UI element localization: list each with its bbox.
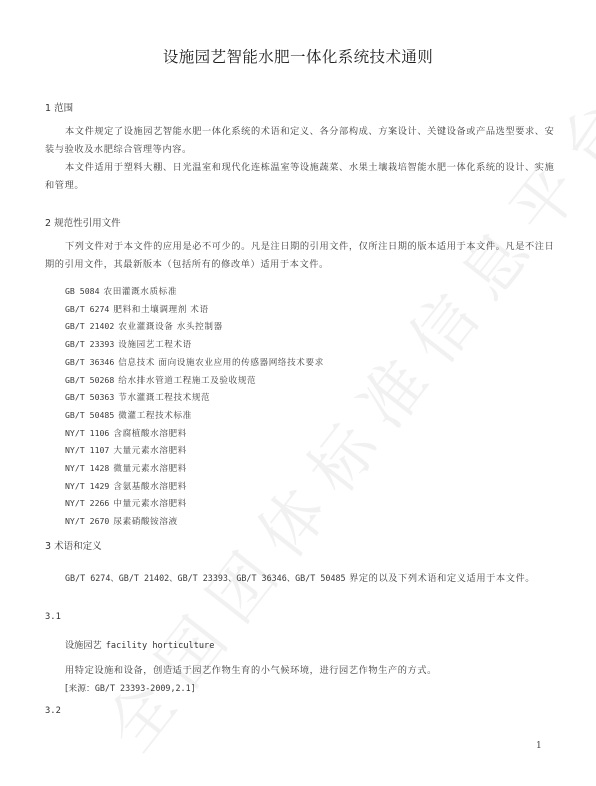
reference-code: NY/T 2670 bbox=[65, 516, 109, 526]
reference-item: GB/T 50363节水灌溉工程技术规范 bbox=[65, 389, 324, 407]
reference-name: 设施园艺工程术语 bbox=[118, 340, 192, 350]
reference-item: NY/T 1107大量元素水溶肥料 bbox=[65, 442, 324, 460]
reference-code: NY/T 1107 bbox=[65, 445, 109, 455]
reference-item: GB 5084农田灌溉水质标准 bbox=[65, 283, 324, 301]
section-heading-terms-definitions: 3 术语和定义 bbox=[45, 538, 102, 552]
reference-item: GB/T 50268给水排水管道工程施工及验收规范 bbox=[65, 372, 324, 390]
reference-name: 给水排水管道工程施工及验收规范 bbox=[118, 376, 256, 386]
terms-intro-text: 界定的以及下列术语和定义适用于本文件。 bbox=[346, 573, 535, 584]
terms-intro-codes: GB/T 6274、GB/T 21402、GB/T 23393、GB/T 363… bbox=[65, 573, 346, 583]
document-title: 设施园艺智能水肥一体化系统技术通则 bbox=[0, 45, 596, 67]
reference-code: GB/T 23393 bbox=[65, 339, 114, 349]
reference-item: GB/T 23393设施园艺工程术语 bbox=[65, 336, 324, 354]
reference-code: GB 5084 bbox=[65, 286, 100, 296]
reference-code: GB/T 6274 bbox=[65, 304, 109, 314]
scope-paragraph-2: 本文件适用于塑料大棚、日光温室和现代化连栋温室等设施蔬菜、水果土壤栽培智能水肥一… bbox=[45, 159, 555, 195]
reference-name: 含氨基酸水溶肥料 bbox=[113, 482, 187, 492]
reference-item: GB/T 21402农业灌溉设备 水头控制器 bbox=[65, 318, 324, 336]
section-heading-normative-references: 2 规范性引用文件 bbox=[45, 215, 121, 229]
term-entry: 设施园艺facility horticulture bbox=[65, 637, 214, 651]
term-number: 3.1 bbox=[45, 612, 61, 622]
reference-item: NY/T 1428微量元素水溶肥料 bbox=[65, 460, 324, 478]
reference-name: 尿素硝酸铵溶液 bbox=[113, 517, 177, 527]
reference-name: 节水灌溉工程技术规范 bbox=[118, 393, 210, 403]
reference-item: GB/T 36346信息技术 面向设施农业应用的传感器网络技术要求 bbox=[65, 354, 324, 372]
reference-item: NY/T 1429含氨基酸水溶肥料 bbox=[65, 478, 324, 496]
reference-list: GB 5084农田灌溉水质标准 GB/T 6274肥料和土壤调理剂 术语 GB/… bbox=[65, 283, 324, 531]
terms-intro: GB/T 6274、GB/T 21402、GB/T 23393、GB/T 363… bbox=[45, 569, 555, 588]
reference-code: GB/T 36346 bbox=[65, 357, 114, 367]
term-chinese: 设施园艺 bbox=[65, 640, 102, 651]
reference-code: NY/T 1429 bbox=[65, 481, 109, 491]
term-definition: 用特定设施和设备，创造适于园艺作物生育的小气候环境，进行园艺作物生产的方式。 bbox=[65, 662, 437, 676]
reference-name: 信息技术 面向设施农业应用的传感器网络技术要求 bbox=[118, 358, 324, 368]
scope-paragraph-1: 本文件规定了设施园艺智能水肥一体化系统的术语和定义、各分部构成、方案设计、关键设… bbox=[45, 123, 555, 159]
reference-code: NY/T 1106 bbox=[65, 428, 109, 438]
reference-name: 微量元素水溶肥料 bbox=[113, 464, 187, 474]
reference-code: NY/T 1428 bbox=[65, 463, 109, 473]
reference-name: 农田灌溉水质标准 bbox=[104, 287, 178, 297]
document-page: 全国团体标准信息平台 设施园艺智能水肥一体化系统技术通则 1 范围 本文件规定了… bbox=[0, 0, 596, 786]
reference-name: 大量元素水溶肥料 bbox=[113, 446, 187, 456]
reference-name: 农业灌溉设备 水头控制器 bbox=[118, 322, 222, 332]
reference-name: 含腐植酸水溶肥料 bbox=[113, 429, 187, 439]
references-intro: 下列文件对于本文件的应用是必不可少的。凡是注日期的引用文件，仅所注日期的版本适用… bbox=[45, 238, 555, 274]
term-english: facility horticulture bbox=[106, 641, 215, 651]
reference-name: 中量元素水溶肥料 bbox=[113, 499, 187, 509]
term-source: [来源：GB/T 23393-2009,2.1] bbox=[65, 681, 196, 694]
reference-item: NY/T 1106含腐植酸水溶肥料 bbox=[65, 425, 324, 443]
term-source-ref: GB/T 23393-2009,2.1] bbox=[95, 683, 196, 693]
reference-code: GB/T 50268 bbox=[65, 375, 114, 385]
reference-item: NY/T 2670尿素硝酸铵溶液 bbox=[65, 513, 324, 531]
reference-code: GB/T 50485 bbox=[65, 410, 114, 420]
reference-name: 微灌工程技术标准 bbox=[118, 411, 192, 421]
page-number: 1 bbox=[536, 741, 542, 751]
reference-code: NY/T 2266 bbox=[65, 498, 109, 508]
reference-item: GB/T 6274肥料和土壤调理剂 术语 bbox=[65, 301, 324, 319]
reference-item: NY/T 2266中量元素水溶肥料 bbox=[65, 495, 324, 513]
term-number: 3.2 bbox=[45, 706, 61, 716]
term-source-label: [来源： bbox=[65, 684, 95, 694]
reference-code: GB/T 21402 bbox=[65, 321, 114, 331]
reference-name: 肥料和土壤调理剂 术语 bbox=[113, 305, 208, 315]
section-heading-scope: 1 范围 bbox=[45, 100, 73, 114]
page-content: 设施园艺智能水肥一体化系统技术通则 1 范围 本文件规定了设施园艺智能水肥一体化… bbox=[0, 0, 596, 786]
reference-code: GB/T 50363 bbox=[65, 392, 114, 402]
reference-item: GB/T 50485微灌工程技术标准 bbox=[65, 407, 324, 425]
